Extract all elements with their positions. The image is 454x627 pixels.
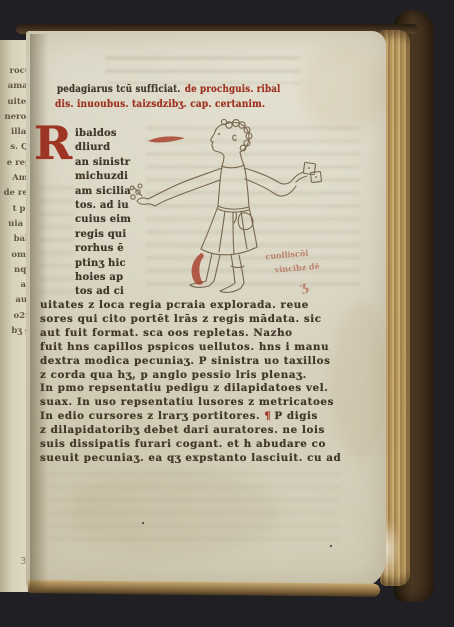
show-through-text [50,472,340,550]
body-text-line: aut fuit format. sca oos repletas. Nazho [40,327,375,341]
held-dice-cluster [130,184,142,199]
manuscript-photo: rocūamaiuiteʒneroʒillass. Q.e repAmide r… [0,0,454,627]
show-through-text [105,56,300,84]
body-text-line: dextra modica pecuniaʒ. P sinistra uo ta… [40,355,375,369]
body-text-line: fuit hns capillos pspicos uellutos. hns … [40,341,375,355]
body-text-line: uitates z loca regia pcraia explorada. r… [40,299,375,313]
pilcrow-tail-text: P digis [274,410,318,422]
heading-black-text: pedagiarus tcū sufficiat. [57,84,181,95]
red-pen-accents [148,136,204,284]
figure-left-hand [137,198,155,206]
figure-hair-curls [221,119,252,150]
body-text-line: suax. In uso repsentatiu lusores z metri… [40,396,375,410]
rubric-heading-line2: dis. inuoubus. taizsdzibʒ. cap. certanim… [55,99,265,110]
red-pilcrow-mark: ¶ [264,410,271,422]
manuscript-figure-svg [128,116,340,302]
body-text-line: sueuit pecuniaʒ. ea qʒ expstanto lasciui… [40,452,375,466]
figure-ear [233,135,236,140]
red-dash-mark [148,136,185,142]
red-marginalia: cuolliscōi vincibz dē [265,245,320,278]
red-crescent-mark [192,253,204,285]
ink-speck [330,545,332,547]
held-dice [303,162,321,182]
page-bottom-edge [28,580,380,597]
show-through-text [38,186,74,298]
body-text-line: suis dissipatis furari cogant. et h abud… [40,438,375,452]
figure-right-foot [220,283,244,292]
body-text-line: In pmo repsentatiu pedigu z dilapidatoes… [40,382,375,396]
folio-number: 3 [20,556,26,567]
body-text-line: In edio cursores z lrarʒ portitores.¶P d… [40,410,375,424]
body-text-line: sores qui cito portēt lrās z regis mādat… [40,313,375,327]
figure-eye [218,133,220,135]
body-text-line: z dilapidatoribʒ debet dari auratores. n… [40,424,375,438]
rubric-heading-line1: pedagiarus tcū sufficiat.de prochguis. r… [57,84,281,95]
body-lines: uitates z loca regia pcraia explorada. r… [40,299,375,466]
illuminated-initial: R [34,120,72,166]
body-text-line: z corda qua hʒ, p anglo pessio lris plen… [40,369,375,383]
ink-speck [142,522,144,524]
heading-red-text: de prochguis. ribal [185,84,281,95]
figure-drawing [128,116,340,302]
